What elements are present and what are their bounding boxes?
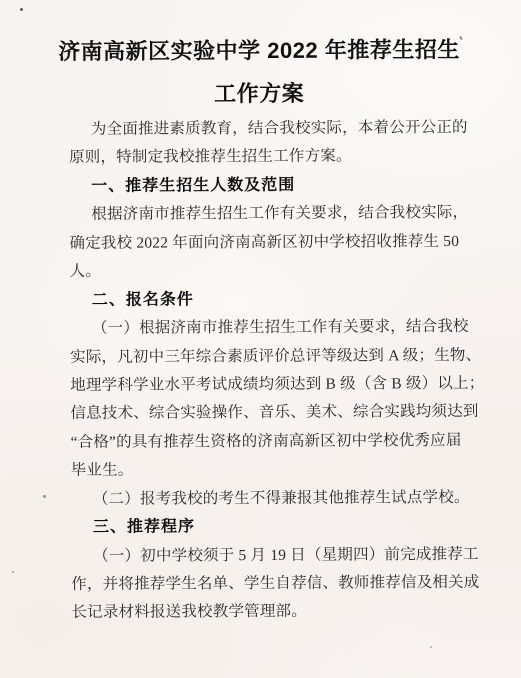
paragraph-line: 根据济南市推荐生招生工作有关要求，结合我校实际， <box>69 199 464 230</box>
paragraph-line: 原则，特制定我校推荐生招生工作方案。 <box>69 142 464 173</box>
paragraph-line: 人。 <box>70 256 465 287</box>
scanned-document-page: 济南高新区实验中学 2022 年推荐生招生 工作方案 为全面推进素质教育，结合我… <box>0 0 521 678</box>
section-heading-1: 一、推荐生招生人数及范围 <box>69 171 464 202</box>
document-title-line-1: 济南高新区实验中学 2022 年推荐生招生 <box>0 28 520 74</box>
paragraph-line: 毕业生。 <box>71 455 466 486</box>
paragraph-line: 实际，凡初中三年综合素质评价总评等级达到 A 级；生物、 <box>70 341 465 372</box>
paragraph-line: 确定我校 2022 年面向济南高新区初中学校招收推荐生 50 <box>69 228 464 259</box>
paragraph-line: 地理学科学业水平考试成绩均须达到 B 级（含 B 级）以上； <box>70 370 465 401</box>
section-heading-3: 三、推荐程序 <box>71 512 466 543</box>
paragraph-line: 作，并将推荐学生名单、学生自荐信、教师推荐信及相关成 <box>71 569 466 600</box>
section-heading-2: 二、报名条件 <box>70 285 465 316</box>
document-body: 为全面推进素质教育，结合我校实际，本着公开公正的 原则，特制定我校推荐生招生工作… <box>0 114 521 629</box>
paragraph-line: 为全面推进素质教育，结合我校实际，本着公开公正的 <box>69 114 464 145</box>
paragraph-line: 信息技术、综合实验操作、音乐、美术、综合实践均须达到 <box>70 398 465 429</box>
paragraph-line: （一）初中学校须于 5 月 19 日（星期四）前完成推荐工 <box>71 540 466 571</box>
paragraph-line: （二）报考我校的考生不得兼报其他推荐生试点学校。 <box>71 484 466 515</box>
document-title-line-2: 工作方案 <box>0 71 520 117</box>
document-content: 济南高新区实验中学 2022 年推荐生招生 工作方案 为全面推进素质教育，结合我… <box>0 0 521 678</box>
document-title: 济南高新区实验中学 2022 年推荐生招生 工作方案 <box>0 0 520 116</box>
paragraph-line: （一）根据济南市推荐生招生工作有关要求，结合我校 <box>70 313 465 344</box>
paragraph-line: 长记录材料报送我校教学管理部。 <box>71 597 466 628</box>
paragraph-line: “合格”的具有推荐生资格的济南高新区初中学校优秀应届 <box>70 427 465 458</box>
